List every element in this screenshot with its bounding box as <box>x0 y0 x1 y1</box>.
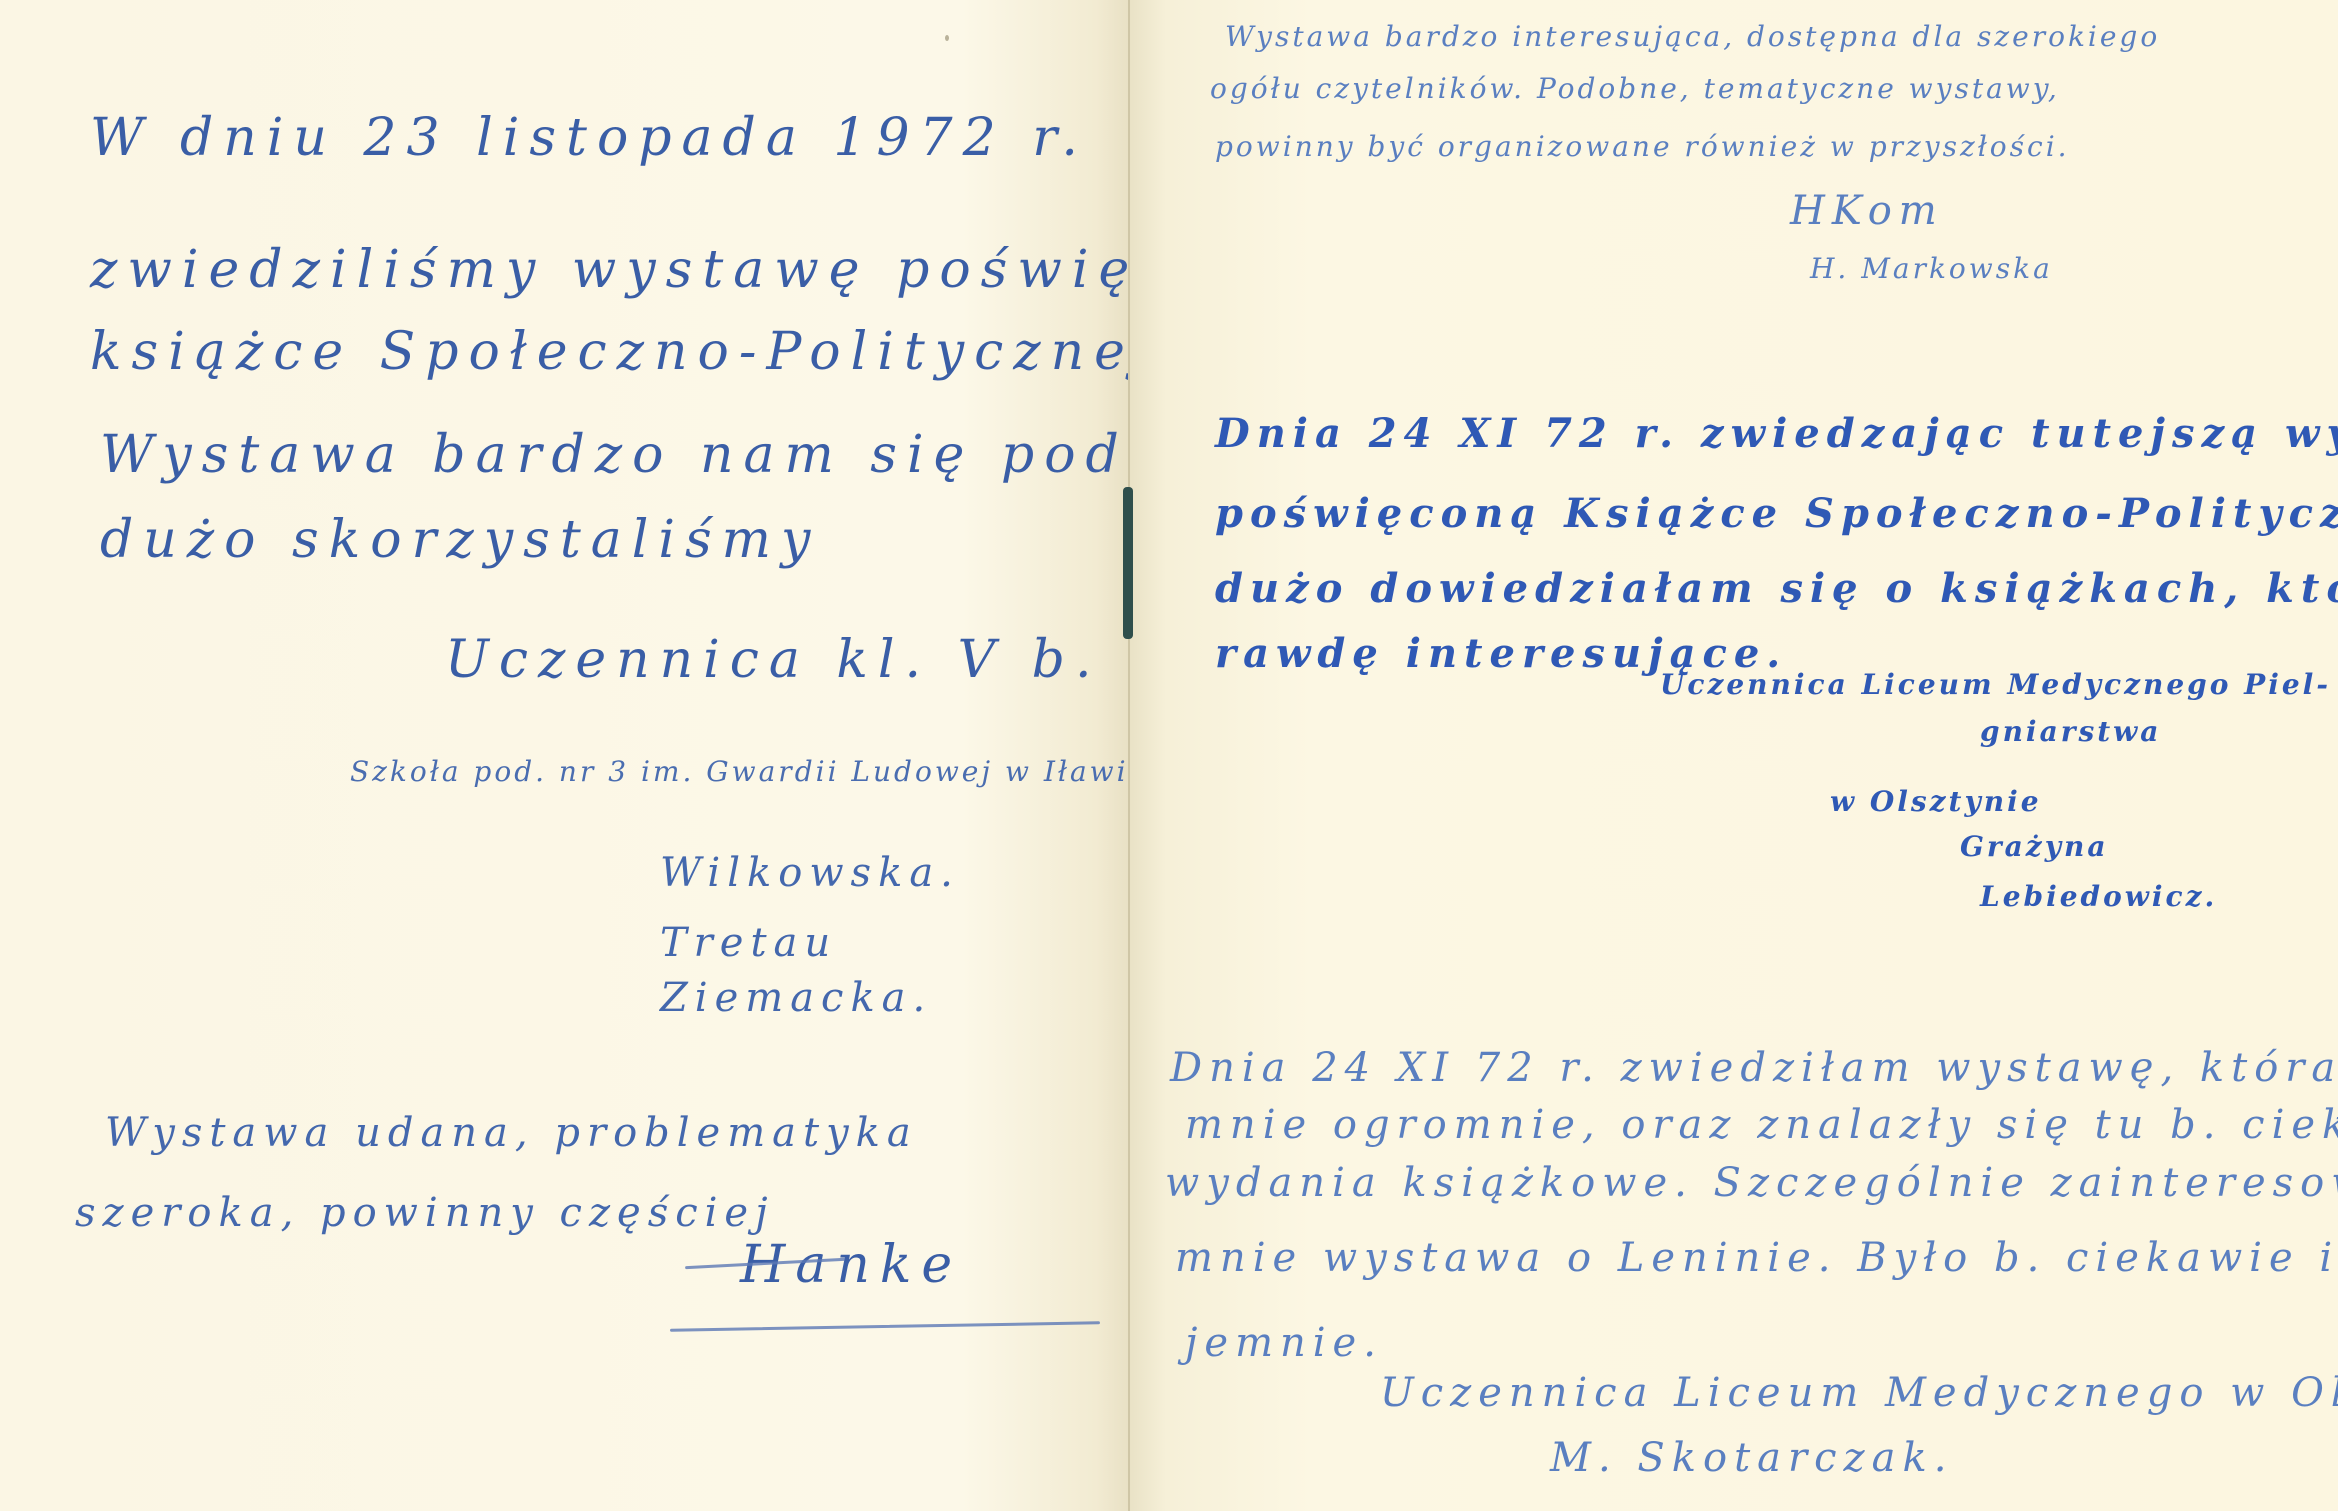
entry-5-name: M. Skotarczak. <box>1550 1435 1953 1481</box>
entry-4-signoff-2: gniarstwa <box>1980 715 2161 748</box>
entry-1-signature-3: Ziemacka. <box>660 975 932 1021</box>
entry-5-signoff: Uczennica Liceum Medycznego w Olsztynie <box>1380 1370 2338 1416</box>
entry-3-line-1: Wystawa bardzo interesująca, dostępna dl… <box>1225 20 2160 53</box>
entry-4-line-3: dużo dowiedziałam się o książkach, które… <box>1215 565 2338 612</box>
entry-3-line-3: powinny być organizowane również w przys… <box>1215 130 2070 163</box>
entry-5-line-1: Dnia 24 XI 72 r. zwiedziłam wystawę, któ… <box>1170 1045 2338 1091</box>
entry-4-signature-2: Lebiedowicz. <box>1980 880 2217 913</box>
entry-2-line-1: Wystawa udana, problematyka <box>105 1110 918 1156</box>
entry-5-line-3: wydania książkowe. Szczególnie zainteres… <box>1165 1160 2338 1206</box>
entry-2-signature: Hanke <box>740 1235 962 1295</box>
left-page: W dniu 23 listopada 1972 r. zwiedziliśmy… <box>0 0 1130 1511</box>
guestbook-spread: W dniu 23 listopada 1972 r. zwiedziliśmy… <box>0 0 2338 1511</box>
right-page: Wystawa bardzo interesująca, dostępna dl… <box>1130 0 2338 1511</box>
entry-1-school: Szkoła pod. nr 3 im. Gwardii Ludowej w I… <box>350 755 1160 788</box>
entry-5-line-5: jemnie. <box>1185 1320 1383 1366</box>
entry-5-line-4: mnie wystawa o Leninie. Było b. ciekawie… <box>1175 1235 2338 1281</box>
entry-1-signature-2: Tretau <box>660 920 837 966</box>
entry-2-line-2: szeroka, powinny częściej <box>75 1190 775 1236</box>
entry-3-signature: HKom <box>1790 188 1944 234</box>
entry-1-line-1: W dniu 23 listopada 1972 r. <box>90 108 1088 168</box>
entry-4-line-2: poświęconą Książce Społeczno-Politycznej… <box>1215 490 2338 537</box>
entry-4-signoff-3: w Olsztynie <box>1830 785 2042 818</box>
entry-3-name: H. Markowska <box>1810 252 2053 285</box>
entry-1-signature-1: Wilkowska. <box>660 850 960 896</box>
entry-4-signature-1: Grażyna <box>1960 830 2108 863</box>
entry-4-line-1: Dnia 24 XI 72 r. zwiedzając tutejszą wys… <box>1215 410 2338 457</box>
signature-underline <box>670 1321 1100 1332</box>
entry-1-signoff: Uczennica kl. V b. <box>445 630 1101 690</box>
binding-thread <box>1123 487 1133 639</box>
entry-1-line-5: dużo skorzystaliśmy <box>100 510 820 570</box>
book-gutter <box>1128 0 1130 1511</box>
entry-4-signoff-1: Uczennica Liceum Medycznego Piel- <box>1660 668 2331 701</box>
paper-speck <box>945 35 949 41</box>
entry-3-line-2: ogółu czytelników. Podobne, tematyczne w… <box>1210 72 2060 105</box>
entry-5-line-2: mnie ogromnie, oraz znalazły się tu b. c… <box>1185 1102 2338 1148</box>
entry-1-line-2: zwiedziliśmy wystawę poświęconą <box>90 240 1304 300</box>
